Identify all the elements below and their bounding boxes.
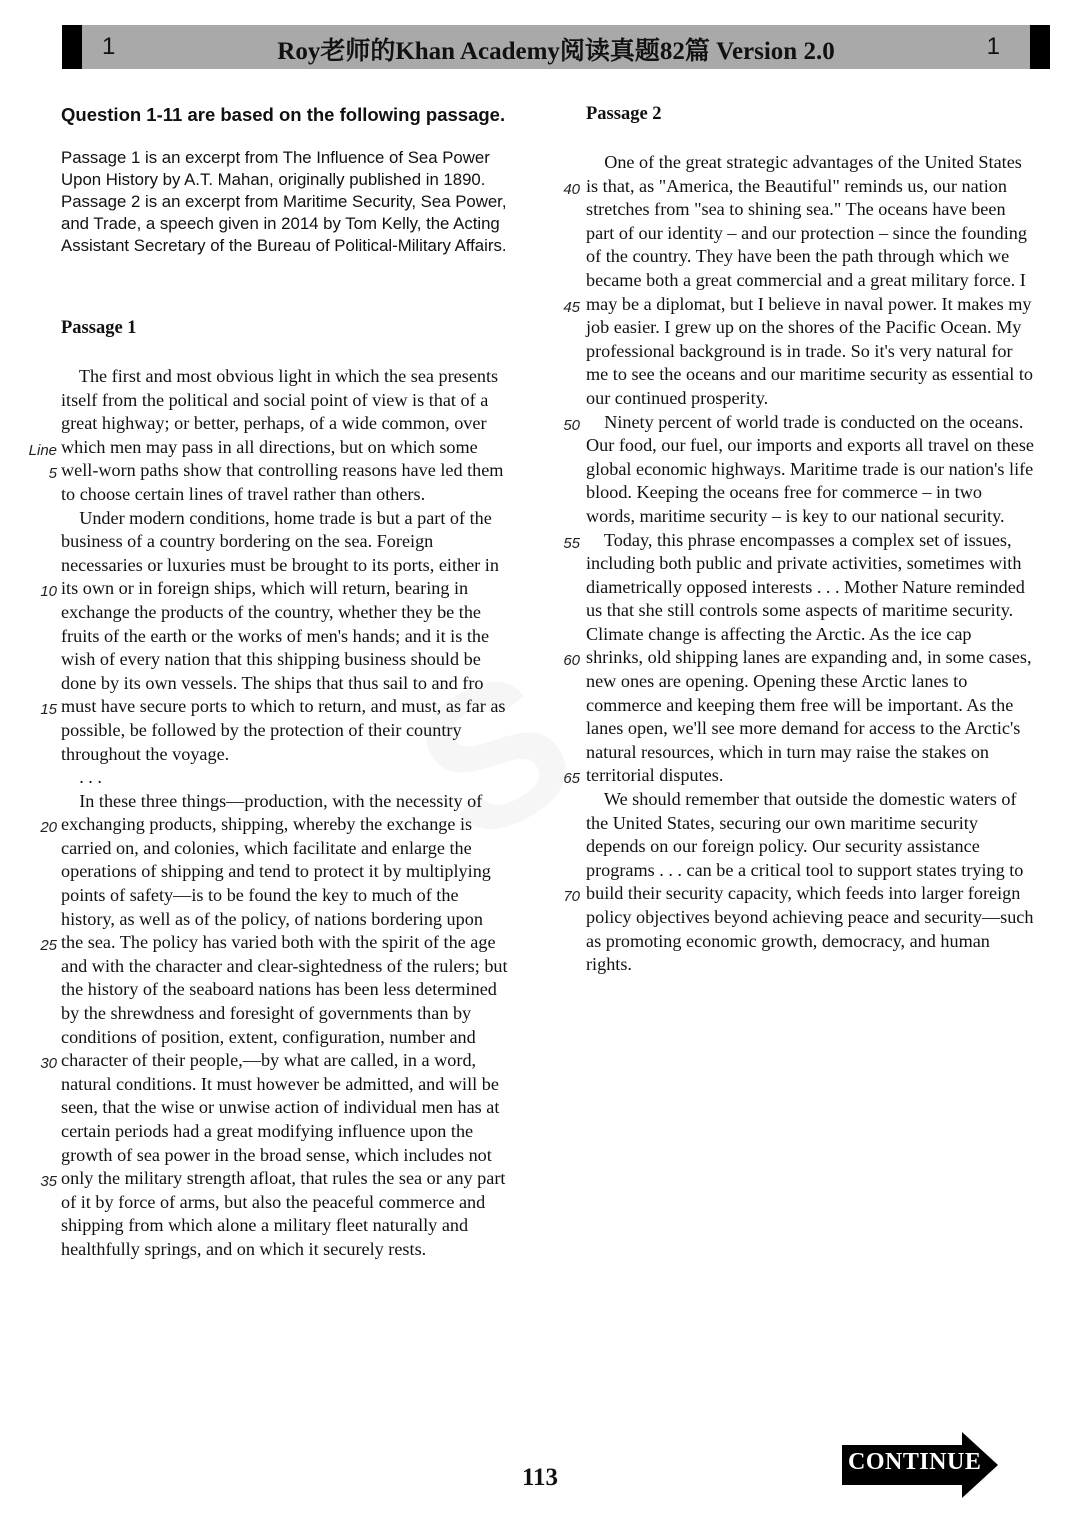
line-text: necessaries or luxuries must be brought … bbox=[61, 555, 499, 575]
line-text: global economic highways. Maritime trade… bbox=[586, 459, 1033, 479]
line-text: the United States, securing our own mari… bbox=[586, 813, 978, 833]
left-column: Question 1-11 are based on the following… bbox=[61, 100, 551, 257]
passage-line: In these three things—production, with t… bbox=[61, 790, 508, 814]
passage-line: programs . . . can be a critical tool to… bbox=[586, 859, 1034, 883]
line-text: wish of every nation that this shipping … bbox=[61, 649, 481, 669]
line-text: exchange the products of the country, wh… bbox=[61, 602, 481, 622]
line-text: natural conditions. It must however be a… bbox=[61, 1074, 499, 1094]
passage-line: me to see the oceans and our maritime se… bbox=[586, 363, 1034, 387]
intro-line: Passage 2 is an excerpt from Maritime Se… bbox=[61, 191, 551, 213]
line-number: Line bbox=[17, 439, 57, 463]
line-number: 55 bbox=[540, 532, 580, 556]
passage-line: Our food, our fuel, our imports and expo… bbox=[586, 434, 1034, 458]
passage-line: We should remember that outside the dome… bbox=[586, 788, 1034, 812]
passage-line: necessaries or luxuries must be brought … bbox=[61, 554, 508, 578]
line-text: itself from the political and social poi… bbox=[61, 390, 488, 410]
line-text: build their security capacity, which fee… bbox=[586, 883, 1020, 903]
line-text: operations of shipping and tend to prote… bbox=[61, 861, 491, 881]
line-text: Ninety percent of world trade is conduct… bbox=[586, 412, 1023, 432]
passage-line: to choose certain lines of travel rather… bbox=[61, 483, 508, 507]
line-text: commerce and keeping them free will be i… bbox=[586, 695, 1013, 715]
passage-line: fruits of the earth or the works of men'… bbox=[61, 625, 508, 649]
line-text: as promoting economic growth, democracy,… bbox=[586, 931, 990, 951]
passage-line: carried on, and colonies, which facilita… bbox=[61, 837, 508, 861]
line-number: 45 bbox=[540, 296, 580, 320]
line-number: 5 bbox=[17, 462, 57, 486]
line-text: possible, be followed by the protection … bbox=[61, 720, 462, 740]
passage-line: and with the character and clear-sighted… bbox=[61, 955, 508, 979]
line-text: history, as well as of the policy, of na… bbox=[61, 909, 483, 929]
passage-line: Climate change is affecting the Arctic. … bbox=[586, 623, 1034, 647]
passage-intro: Passage 1 is an excerpt from The Influen… bbox=[61, 147, 551, 257]
passage-line: wish of every nation that this shipping … bbox=[61, 648, 508, 672]
header-right-block bbox=[1030, 25, 1050, 69]
continue-button[interactable]: CONTINUE bbox=[842, 1432, 1000, 1498]
line-text: Under modern conditions, home trade is b… bbox=[61, 508, 492, 528]
line-text: shipping from which alone a military fle… bbox=[61, 1215, 468, 1235]
passage-line: by the shrewdness and foresight of gover… bbox=[61, 1002, 508, 1026]
line-text: In these three things—production, with t… bbox=[61, 791, 482, 811]
passage-line: blood. Keeping the oceans free for comme… bbox=[586, 481, 1034, 505]
line-text: business of a country bordering on the s… bbox=[61, 531, 433, 551]
line-number: 35 bbox=[17, 1170, 57, 1194]
line-text: One of the great strategic advantages of… bbox=[586, 152, 1022, 172]
line-text: became both a great commercial and a gre… bbox=[586, 270, 1026, 290]
intro-line: Upon History by A.T. Mahan, originally p… bbox=[61, 169, 551, 191]
line-number: 60 bbox=[540, 649, 580, 673]
line-text: programs . . . can be a critical tool to… bbox=[586, 860, 1023, 880]
line-text: must have secure ports to which to retur… bbox=[61, 696, 505, 716]
passage-line: 70build their security capacity, which f… bbox=[586, 882, 1034, 906]
passage-line: . . . bbox=[61, 766, 508, 790]
line-text: character of their people,—by what are c… bbox=[61, 1050, 476, 1070]
line-text: healthfully springs, and on which it sec… bbox=[61, 1239, 426, 1259]
line-number: 65 bbox=[540, 767, 580, 791]
passage-line: became both a great commercial and a gre… bbox=[586, 269, 1034, 293]
passage-line: 25the sea. The policy has varied both wi… bbox=[61, 931, 508, 955]
header-title: Roy老师的Khan Academy阅读真题82篇 Version 2.0 bbox=[62, 31, 1050, 67]
passage-line: natural conditions. It must however be a… bbox=[61, 1073, 508, 1097]
passage-line: business of a country bordering on the s… bbox=[61, 530, 508, 554]
line-text: new ones are opening. Opening these Arct… bbox=[586, 671, 967, 691]
passage-line: the United States, securing our own mari… bbox=[586, 812, 1034, 836]
line-text: Today, this phrase encompasses a complex… bbox=[586, 530, 1012, 550]
line-text: part of our identity – and our protectio… bbox=[586, 223, 1027, 243]
passage-line: 50 Ninety percent of world trade is cond… bbox=[586, 411, 1034, 435]
intro-line: Assistant Secretary of the Bureau of Pol… bbox=[61, 235, 551, 257]
line-text: certain periods had a great modifying in… bbox=[61, 1121, 473, 1141]
line-text: the history of the seaboard nations has … bbox=[61, 979, 497, 999]
passage-line: words, maritime security – is key to our… bbox=[586, 505, 1034, 529]
passage-line: stretches from "sea to shining sea." The… bbox=[586, 198, 1034, 222]
line-text: . . . bbox=[61, 767, 102, 787]
line-text: throughout the voyage. bbox=[61, 744, 229, 764]
line-text: of it by force of arms, but also the pea… bbox=[61, 1192, 485, 1212]
passage-line: One of the great strategic advantages of… bbox=[586, 151, 1034, 175]
line-text: and with the character and clear-sighted… bbox=[61, 956, 508, 976]
line-text: only the military strength afloat, that … bbox=[61, 1168, 505, 1188]
passage-line: possible, be followed by the protection … bbox=[61, 719, 508, 743]
line-text: including both public and private activi… bbox=[586, 553, 1021, 573]
intro-line: Passage 1 is an excerpt from The Influen… bbox=[61, 147, 551, 169]
passage-line: natural resources, which in turn may rai… bbox=[586, 741, 1034, 765]
line-text: stretches from "sea to shining sea." The… bbox=[586, 199, 1006, 219]
line-text: me to see the oceans and our maritime se… bbox=[586, 364, 1033, 384]
line-text: of the country. They have been the path … bbox=[586, 246, 1009, 266]
question-heading: Question 1-11 are based on the following… bbox=[61, 104, 551, 126]
passage-line: rights. bbox=[586, 953, 1034, 977]
header-bar: 1 Roy老师的Khan Academy阅读真题82篇 Version 2.0 … bbox=[62, 25, 1050, 69]
line-text: growth of sea power in the broad sense, … bbox=[61, 1145, 492, 1165]
line-number: 25 bbox=[17, 934, 57, 958]
line-text: depends on our foreign policy. Our secur… bbox=[586, 836, 980, 856]
passage-line: operations of shipping and tend to prote… bbox=[61, 860, 508, 884]
passage-line: itself from the political and social poi… bbox=[61, 389, 508, 413]
passage-line: exchange the products of the country, wh… bbox=[61, 601, 508, 625]
passage-line: of the country. They have been the path … bbox=[586, 245, 1034, 269]
passage-line: 35only the military strength afloat, tha… bbox=[61, 1167, 508, 1191]
line-text: Our food, our fuel, our imports and expo… bbox=[586, 435, 1034, 455]
passage-line: 45may be a diplomat, but I believe in na… bbox=[586, 293, 1034, 317]
line-text: shrinks, old shipping lanes are expandin… bbox=[586, 647, 1032, 667]
passage-line: certain periods had a great modifying in… bbox=[61, 1120, 508, 1144]
passage2-title: Passage 2 bbox=[586, 104, 662, 125]
line-text: by the shrewdness and foresight of gover… bbox=[61, 1003, 471, 1023]
passage-line: 15must have secure ports to which to ret… bbox=[61, 695, 508, 719]
passage-line: great highway; or better, perhaps, of a … bbox=[61, 412, 508, 436]
passage-line: our continued prosperity. bbox=[586, 387, 1034, 411]
line-text: natural resources, which in turn may rai… bbox=[586, 742, 989, 762]
line-number: 40 bbox=[540, 178, 580, 202]
section-number-right: 1 bbox=[987, 33, 1000, 61]
line-text: to choose certain lines of travel rather… bbox=[61, 484, 425, 504]
passage-line: us that she still controls some aspects … bbox=[586, 599, 1034, 623]
passage-line: 60shrinks, old shipping lanes are expand… bbox=[586, 646, 1034, 670]
passage1-text: The first and most obvious light in whic… bbox=[61, 365, 508, 1262]
line-number: 30 bbox=[17, 1052, 57, 1076]
passage2-text: One of the great strategic advantages of… bbox=[586, 151, 1034, 977]
passage-line: 40is that, as "America, the Beautiful" r… bbox=[586, 175, 1034, 199]
continue-label: CONTINUE bbox=[848, 1449, 976, 1476]
passage-line: throughout the voyage. bbox=[61, 743, 508, 767]
passage-line: depends on our foreign policy. Our secur… bbox=[586, 835, 1034, 859]
passage-line: Linewhich men may pass in all directions… bbox=[61, 436, 508, 460]
passage-line: healthfully springs, and on which it sec… bbox=[61, 1238, 508, 1262]
line-text: words, maritime security – is key to our… bbox=[586, 506, 1005, 526]
line-text: great highway; or better, perhaps, of a … bbox=[61, 413, 487, 433]
line-text: is that, as "America, the Beautiful" rem… bbox=[586, 176, 1007, 196]
line-number: 70 bbox=[540, 885, 580, 909]
passage-line: 55 Today, this phrase encompasses a comp… bbox=[586, 529, 1034, 553]
line-text: us that she still controls some aspects … bbox=[586, 600, 1013, 620]
passage-line: professional background is in trade. So … bbox=[586, 340, 1034, 364]
line-text: Climate change is affecting the Arctic. … bbox=[586, 624, 972, 644]
line-text: our continued prosperity. bbox=[586, 388, 768, 408]
passage-line: points of safety—is to be found the key … bbox=[61, 884, 508, 908]
line-text: the sea. The policy has varied both with… bbox=[61, 932, 496, 952]
passage-line: job easier. I grew up on the shores of t… bbox=[586, 316, 1034, 340]
passage-line: the history of the seaboard nations has … bbox=[61, 978, 508, 1002]
passage-line: done by its own vessels. The ships that … bbox=[61, 672, 508, 696]
passage-line: growth of sea power in the broad sense, … bbox=[61, 1144, 508, 1168]
line-number: 15 bbox=[17, 698, 57, 722]
passage-line: as promoting economic growth, democracy,… bbox=[586, 930, 1034, 954]
passage-line: seen, that the wise or unwise action of … bbox=[61, 1096, 508, 1120]
line-text: The first and most obvious light in whic… bbox=[61, 366, 498, 386]
line-text: fruits of the earth or the works of men'… bbox=[61, 626, 489, 646]
passage-line: shipping from which alone a military fle… bbox=[61, 1214, 508, 1238]
passage-line: of it by force of arms, but also the pea… bbox=[61, 1191, 508, 1215]
line-text: may be a diplomat, but I believe in nava… bbox=[586, 294, 1031, 314]
line-text: which men may pass in all directions, bu… bbox=[61, 437, 478, 457]
passage-line: 30character of their people,—by what are… bbox=[61, 1049, 508, 1073]
line-text: done by its own vessels. The ships that … bbox=[61, 673, 484, 693]
line-text: its own or in foreign ships, which will … bbox=[61, 578, 468, 598]
passage-line: global economic highways. Maritime trade… bbox=[586, 458, 1034, 482]
intro-line: and Trade, a speech given in 2014 by Tom… bbox=[61, 213, 551, 235]
passage-line: including both public and private activi… bbox=[586, 552, 1034, 576]
line-text: conditions of position, extent, configur… bbox=[61, 1027, 476, 1047]
line-text: policy objectives beyond achieving peace… bbox=[586, 907, 1033, 927]
passage-line: commerce and keeping them free will be i… bbox=[586, 694, 1034, 718]
passage1-title: Passage 1 bbox=[61, 318, 137, 339]
passage-line: part of our identity – and our protectio… bbox=[586, 222, 1034, 246]
line-text: rights. bbox=[586, 954, 632, 974]
passage-line: conditions of position, extent, configur… bbox=[61, 1026, 508, 1050]
line-text: carried on, and colonies, which facilita… bbox=[61, 838, 472, 858]
passage-line: 5well-worn paths show that controlling r… bbox=[61, 459, 508, 483]
line-text: professional background is in trade. So … bbox=[586, 341, 1013, 361]
passage-line: history, as well as of the policy, of na… bbox=[61, 908, 508, 932]
line-text: We should remember that outside the dome… bbox=[586, 789, 1017, 809]
line-text: well-worn paths show that controlling re… bbox=[61, 460, 503, 480]
passage-line: policy objectives beyond achieving peace… bbox=[586, 906, 1034, 930]
line-text: territorial disputes. bbox=[586, 765, 723, 785]
passage-line: 65territorial disputes. bbox=[586, 764, 1034, 788]
passage-line: 20exchanging products, shipping, whereby… bbox=[61, 813, 508, 837]
passage-line: 10its own or in foreign ships, which wil… bbox=[61, 577, 508, 601]
passage-line: The first and most obvious light in whic… bbox=[61, 365, 508, 389]
line-text: lanes open, we'll see more demand for ac… bbox=[586, 718, 1020, 738]
passage-line: Under modern conditions, home trade is b… bbox=[61, 507, 508, 531]
line-text: seen, that the wise or unwise action of … bbox=[61, 1097, 499, 1117]
line-text: points of safety—is to be found the key … bbox=[61, 885, 459, 905]
line-text: job easier. I grew up on the shores of t… bbox=[586, 317, 1021, 337]
line-text: exchanging products, shipping, whereby t… bbox=[61, 814, 472, 834]
passage-line: diametrically opposed interests . . . Mo… bbox=[586, 576, 1034, 600]
line-number: 10 bbox=[17, 580, 57, 604]
line-text: blood. Keeping the oceans free for comme… bbox=[586, 482, 982, 502]
passage-line: new ones are opening. Opening these Arct… bbox=[586, 670, 1034, 694]
passage-line: lanes open, we'll see more demand for ac… bbox=[586, 717, 1034, 741]
line-text: diametrically opposed interests . . . Mo… bbox=[586, 577, 1025, 597]
line-number: 20 bbox=[17, 816, 57, 840]
line-number: 50 bbox=[540, 414, 580, 438]
